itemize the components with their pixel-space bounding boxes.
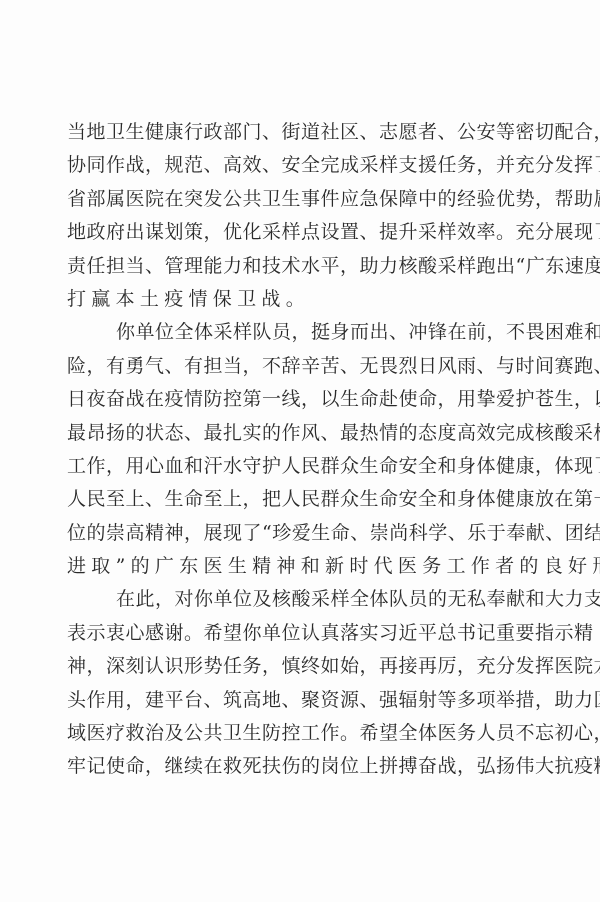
text-line: 表示衷心感谢。希望你单位认真落实习近平总书记重要指示精 (67, 617, 537, 650)
document-body: 当地卫生健康行政部门、街道社区、志愿者、公安等密切配合， 协同作战，规范、高效、… (67, 116, 537, 784)
paragraph-2: 你单位全体采样队员，挺身而出、冲锋在前，不畏困难和风 险，有勇气、有担当，不辞辛… (67, 316, 537, 583)
paragraph-1: 当地卫生健康行政部门、街道社区、志愿者、公安等密切配合， 协同作战，规范、高效、… (67, 116, 537, 316)
text-line: 人民至上、生命至上，把人民群众生命安全和身体健康放在第一 (67, 483, 537, 516)
text-line: 打赢本土疫情保卫战。 (67, 283, 537, 316)
text-line: 日夜奋战在疫情防控第一线，以生命赴使命，用挚爱护苍生，以 (67, 383, 537, 416)
text-line: 牢记使命，继续在救死扶伤的岗位上拼搏奋战，弘扬伟大抗疫精 (67, 750, 537, 783)
text-line: 头作用，建平台、筑高地、聚资源、强辐射等多项举措，助力区 (67, 684, 537, 717)
text-line: 责任担当、管理能力和技术水平，助力核酸采样跑出“广东速度”， (67, 250, 537, 283)
text-line: 神，深刻认识形势任务，慎终如始，再接再厉，充分发挥医院龙 (67, 650, 537, 683)
scanned-document-page: 当地卫生健康行政部门、街道社区、志愿者、公安等密切配合， 协同作战，规范、高效、… (0, 0, 600, 902)
text-line: 在此，对你单位及核酸采样全体队员的无私奉献和大力支持 (67, 583, 537, 616)
text-line: 工作，用心血和汗水守护人民群众生命安全和身体健康，体现了 (67, 450, 537, 483)
paragraph-3: 在此，对你单位及核酸采样全体队员的无私奉献和大力支持 表示衷心感谢。希望你单位认… (67, 583, 537, 783)
text-line: 险，有勇气、有担当，不辞辛苦、无畏烈日风雨、与时间赛跑、 (67, 350, 537, 383)
text-line: 位的崇高精神，展现了“珍爱生命、崇尚科学、乐于奉献、团结 (67, 517, 537, 550)
text-line: 当地卫生健康行政部门、街道社区、志愿者、公安等密切配合， (67, 116, 537, 149)
text-line: 地政府出谋划策，优化采样点设置、提升采样效率。充分展现了 (67, 216, 537, 249)
text-line: 进取”的广东医生精神和新时代医务工作者的良好形象。 (67, 550, 537, 583)
text-line: 域医疗救治及公共卫生防控工作。希望全体医务人员不忘初心， (67, 717, 537, 750)
text-line: 你单位全体采样队员，挺身而出、冲锋在前，不畏困难和风 (67, 316, 537, 349)
text-line: 最昂扬的状态、最扎实的作风、最热情的态度高效完成核酸采样 (67, 417, 537, 450)
text-line: 协同作战，规范、高效、安全完成采样支援任务，并充分发挥了 (67, 149, 537, 182)
text-line: 省部属医院在突发公共卫生事件应急保障中的经验优势，帮助属 (67, 183, 537, 216)
